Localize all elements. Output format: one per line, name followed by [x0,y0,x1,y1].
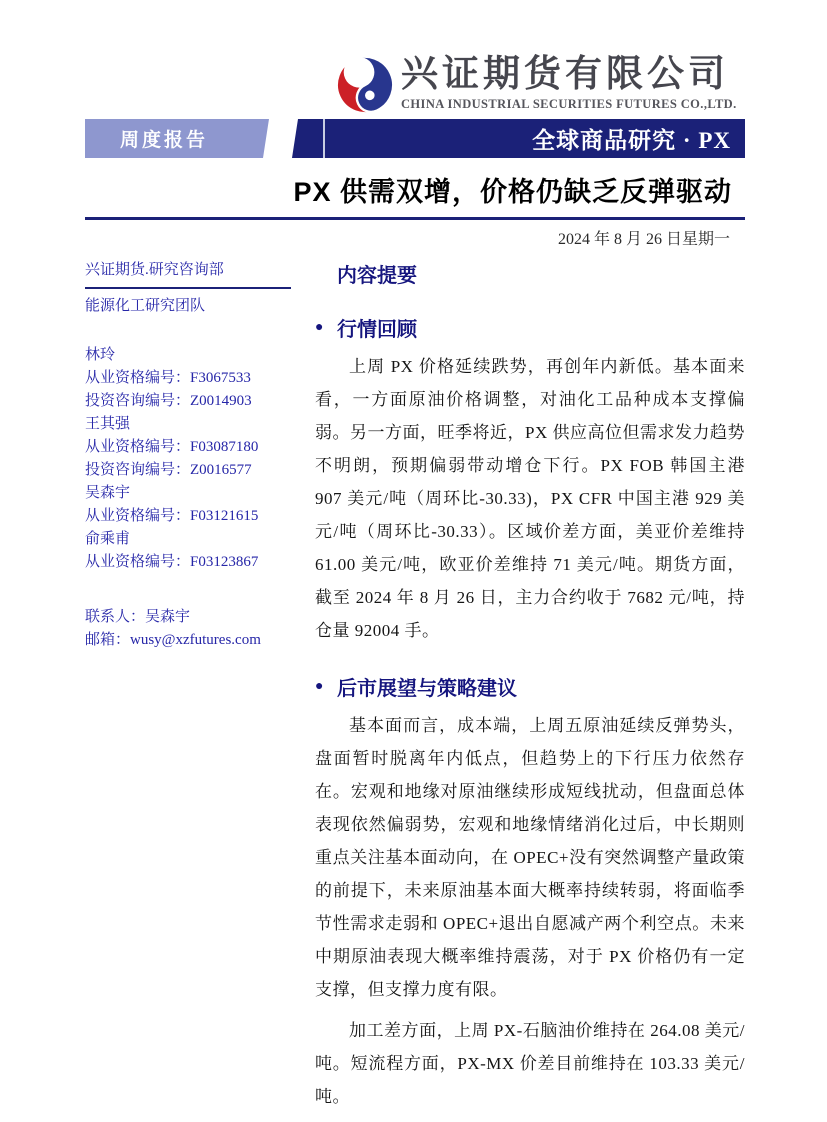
research-series-label: 全球商品研究 · PX [532,122,745,155]
analyst-credential: 从业资格编号：F03123867 [85,551,315,574]
analyst-sidebar: 兴证期货.研究咨询部 能源化工研究团队 林玲 从业资格编号：F3067533 投… [85,259,315,1113]
banner-divider [323,119,325,158]
analyst-credential: 投资咨询编号：Z0014903 [85,390,315,413]
analyst-credential: 从业资格编号：F03121615 [85,505,315,528]
analyst-name: 王其强 [85,413,315,436]
analyst-name: 俞乘甫 [85,528,315,551]
analyst-credential: 投资咨询编号：Z0016577 [85,459,315,482]
analyst-credential: 从业资格编号：F03087180 [85,436,315,459]
section-heading-market-review: ● 行情回顾 [315,313,745,342]
company-name-en: CHINA INDUSTRIAL SECURITIES FUTURES CO.,… [401,97,737,112]
paragraph: 加工差方面，上周 PX-石脑油价维持在 264.08 美元/吨。短流程方面，PX… [315,1014,745,1113]
contact-block: 联系人：吴森宇 邮箱：wusy@xzfutures.com [85,606,315,652]
report-page: 兴证期货有限公司 CHINA INDUSTRIAL SECURITIES FUT… [0,0,827,1122]
section-title: 后市展望与策略建议 [337,672,517,701]
report-content: 内容提要 ● 行情回顾 上周 PX 价格延续跌势，再创年内新低。基本面来看，一方… [315,259,745,1113]
analyst-credential: 从业资格编号：F3067533 [85,367,315,390]
bullet-icon: ● [315,321,337,335]
team-name: 能源化工研究团队 [85,295,315,318]
contact-email[interactable]: 邮箱：wusy@xzfutures.com [85,629,315,652]
company-name-cn: 兴证期货有限公司 [401,53,737,97]
summary-heading: 内容提要 [337,259,745,288]
analyst-name: 林玲 [85,344,315,367]
analyst-name: 吴森宇 [85,482,315,505]
paragraph: 上周 PX 价格延续跌势，再创年内新低。基本面来看，一方面原油价格调整，对油化工… [315,350,745,647]
analyst-list: 林玲 从业资格编号：F3067533 投资咨询编号：Z0014903 王其强 从… [85,344,315,574]
title-rule [85,217,745,220]
company-logo-icon [335,55,395,115]
section-title: 行情回顾 [337,313,417,342]
research-series-tag: 全球商品研究 · PX [292,119,745,158]
body-columns: 兴证期货.研究咨询部 能源化工研究团队 林玲 从业资格编号：F3067533 投… [85,259,745,1113]
report-type-tag: 周度报告 [85,119,269,158]
department-name: 兴证期货.研究咨询部 [85,259,291,289]
paragraph: 基本面而言，成本端，上周五原油延续反弹势头，盘面暂时脱离年内低点，但趋势上的下行… [315,709,745,1006]
report-date: 2024 年 8 月 26 日星期一 [85,226,745,249]
report-type-label: 周度报告 [85,125,208,152]
company-name-block: 兴证期货有限公司 CHINA INDUSTRIAL SECURITIES FUT… [401,53,737,112]
contact-person: 联系人：吴森宇 [85,606,315,629]
company-header: 兴证期货有限公司 CHINA INDUSTRIAL SECURITIES FUT… [335,53,827,115]
bullet-icon: ● [315,680,337,694]
section-heading-outlook: ● 后市展望与策略建议 [315,672,745,701]
report-title: PX 供需双增，价格仍缺乏反弹驱动 [85,170,745,209]
category-banner: 周度报告 全球商品研究 · PX [85,119,745,158]
